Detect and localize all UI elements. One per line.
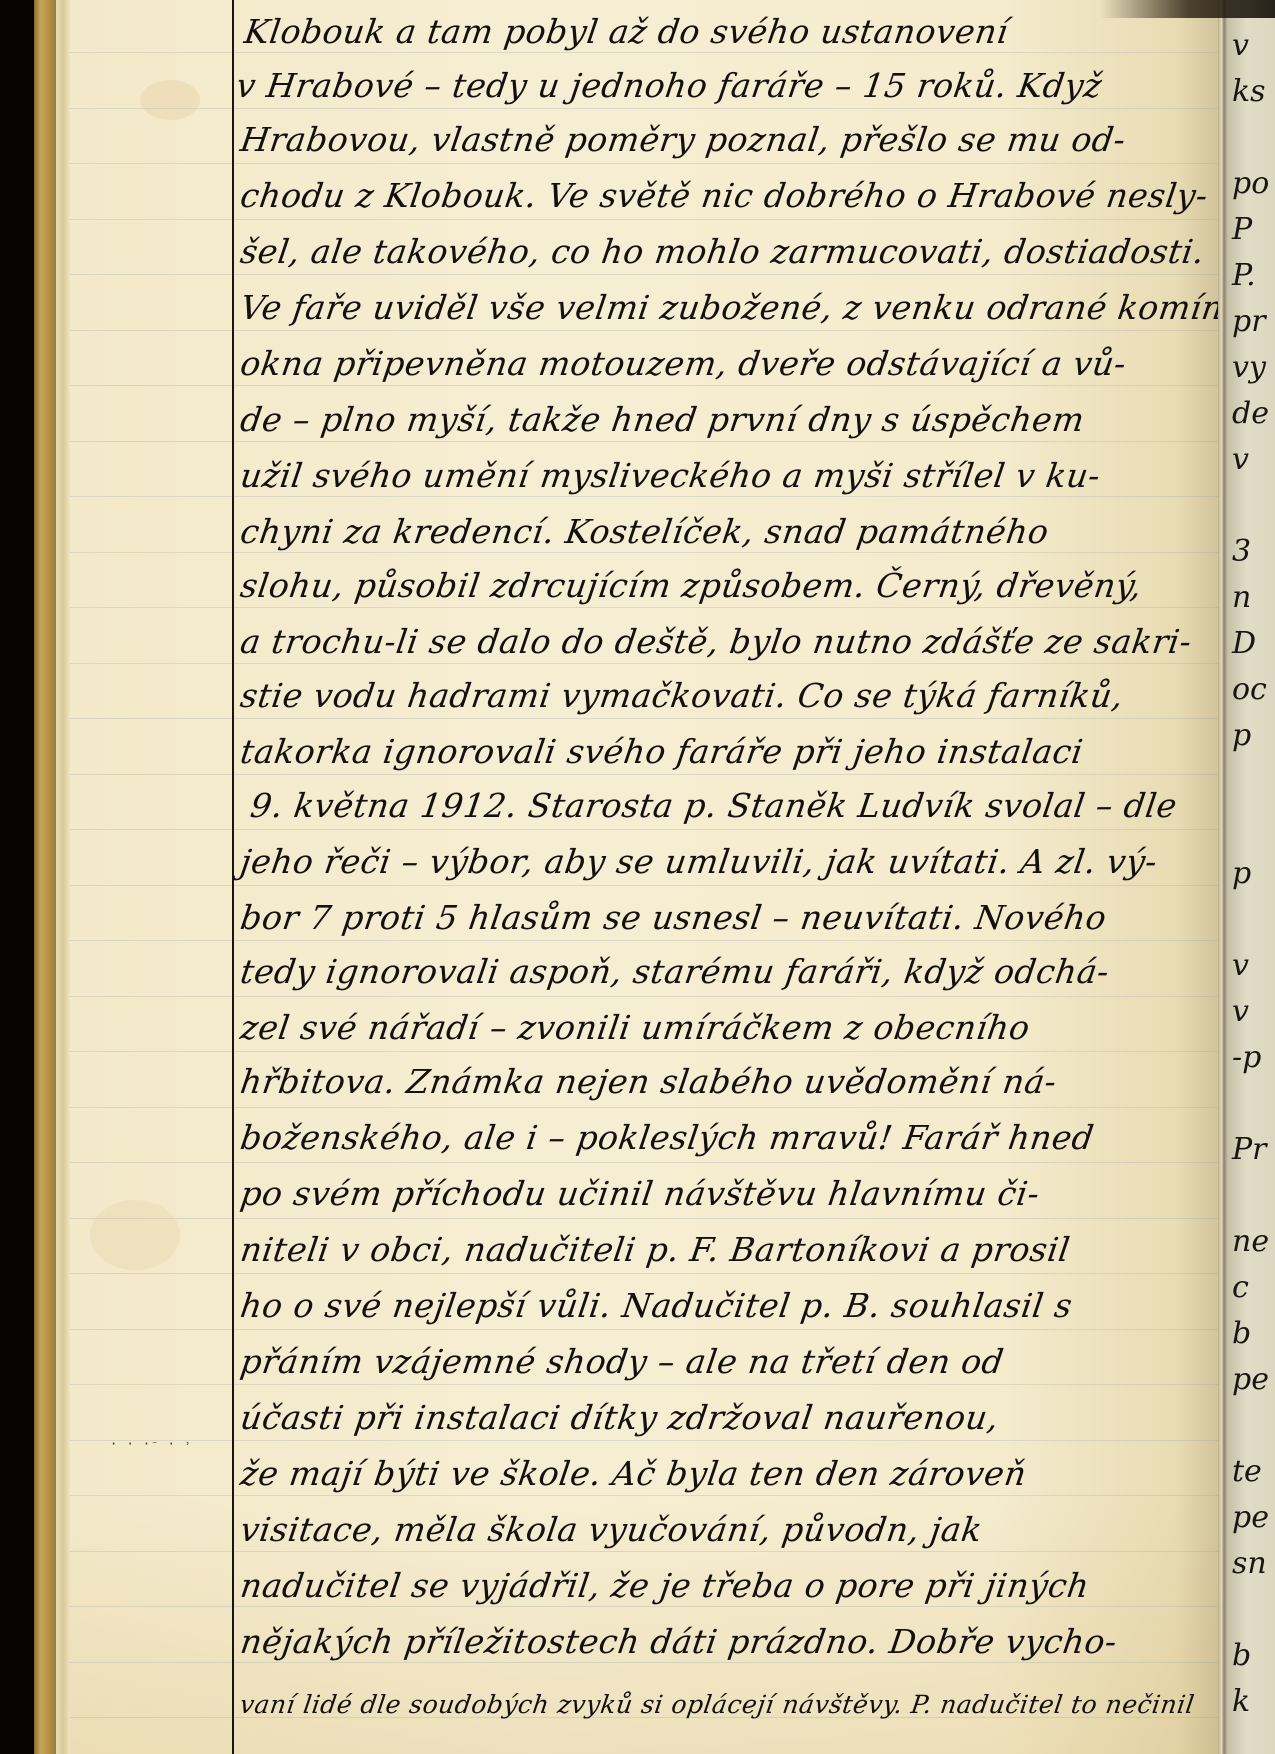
right-page-fragment-line: p — [1232, 856, 1251, 891]
ruled-line — [70, 330, 1222, 331]
ruled-line — [70, 774, 1222, 775]
ruled-line — [70, 1051, 1222, 1052]
right-page-fragment-line: v — [1232, 948, 1249, 983]
text-line: hřbitova. Známka nejen slabého uvědomění… — [238, 1062, 1059, 1101]
page-fold — [1218, 0, 1228, 1754]
ruled-line — [70, 441, 1222, 442]
text-line: tedy ignorovali aspoň, starému faráři, k… — [238, 952, 1112, 991]
paper-stain — [90, 1200, 180, 1270]
margin-rule — [232, 0, 234, 1754]
right-page-fragment-line: p — [1232, 718, 1251, 753]
right-page-fragment-line: po — [1232, 166, 1269, 201]
ruled-line — [70, 885, 1222, 886]
text-line: visitace, měla škola vyučování, původn, … — [238, 1510, 985, 1549]
right-page-fragment-line: ks — [1232, 74, 1266, 109]
text-line: stie vodu hadrami vymačkovati. Co se týk… — [238, 676, 1126, 715]
right-page-fragment-line: v — [1232, 442, 1249, 477]
text-line: po svém příchodu učinil návštěvu hlavním… — [238, 1174, 1042, 1213]
right-page-fragment-line: pe — [1232, 1362, 1269, 1397]
text-line: účasti při instalaci dítky zdržoval nauř… — [238, 1398, 1001, 1437]
text-line: vaní lidé dle soudobých zvyků si oplácej… — [238, 1690, 1196, 1719]
text-line: boženského, ale i – pokleslých mravů! Fa… — [238, 1118, 1097, 1157]
right-page-fragment-line: vy — [1232, 350, 1266, 385]
margin-ink-marks: · · ·⁻ · ˒ — [110, 1437, 192, 1451]
right-page-fragment-line: P — [1232, 212, 1252, 247]
text-line: jeho řeči – výbor, aby se umluvili, jak … — [238, 842, 1160, 881]
book-spine-edge — [34, 0, 56, 1754]
ruled-line — [70, 663, 1222, 664]
ruled-line — [70, 496, 1222, 497]
right-page-fragment-line: c — [1232, 1270, 1249, 1305]
ruled-line — [70, 1107, 1222, 1108]
ruled-line — [70, 1662, 1222, 1663]
right-page-fragment-line: sn — [1232, 1546, 1267, 1581]
ruled-line — [70, 108, 1222, 109]
text-line: 9. května 1912. Starosta p. Staněk Ludví… — [248, 786, 1180, 825]
page-stack-edge — [56, 0, 70, 1754]
text-line: šel, ale takového, co ho mohlo zarmucova… — [238, 232, 1207, 271]
text-line: slohu, působil zdrcujícím způsobem. Čern… — [238, 566, 1144, 605]
right-page-fragment-line: v — [1232, 994, 1249, 1029]
right-page-fragment-line: b — [1232, 1638, 1251, 1673]
right-page-fragment-line: te — [1232, 1454, 1262, 1489]
ruled-line — [70, 996, 1222, 997]
right-page-fragment-line: -p — [1232, 1040, 1261, 1075]
text-line: a trochu-li se dalo do deště, bylo nutno… — [238, 622, 1194, 661]
text-line: chodu z Klobouk. Ve světě nic dobrého o … — [238, 176, 1210, 215]
right-page-fragment-line: Pr — [1232, 1132, 1267, 1167]
text-line: že mají býti ve škole. Ač byla ten den z… — [238, 1454, 1029, 1493]
ruled-line — [70, 718, 1222, 719]
right-page-fragment-line: pr — [1232, 304, 1266, 339]
text-line: Ve faře uviděl vše velmi zubožené, z ven… — [238, 288, 1252, 327]
right-page-fragment-line: v — [1232, 28, 1249, 63]
paper-stain — [140, 80, 200, 120]
right-page-fragment-line: de — [1232, 396, 1269, 431]
right-page-fragment-line: P. — [1232, 258, 1256, 293]
ruled-line — [70, 829, 1222, 830]
right-page-fragment-line: 3 — [1232, 534, 1251, 569]
ruled-line — [70, 163, 1222, 164]
ruled-line — [70, 52, 1222, 53]
text-line: přáním vzájemné shody – ale na třetí den… — [238, 1342, 1006, 1381]
scan-background — [0, 0, 34, 1754]
ruled-line — [70, 1551, 1222, 1552]
ruled-line — [70, 552, 1222, 553]
text-line: de – plno myší, takže hned první dny s ú… — [238, 400, 1087, 439]
right-page-fragment-line: n — [1232, 580, 1251, 615]
text-line: zel své nářadí – zvonili umíráčkem z obe… — [238, 1008, 1033, 1047]
ruled-line — [70, 1162, 1222, 1163]
text-line: v Hrabové – tedy u jednoho faráře – 15 r… — [234, 66, 1105, 105]
text-line: Hrabovou, vlastně poměry poznal, přešlo … — [238, 120, 1128, 159]
right-page-fragment-line: pe — [1232, 1500, 1269, 1535]
right-page-fragment-line: ne — [1232, 1224, 1269, 1259]
ruled-line — [70, 385, 1222, 386]
right-page-fragment-line: D — [1232, 626, 1256, 661]
text-line: chyni za kredencí. Kostelíček, snad pamá… — [238, 512, 1051, 551]
right-page-fragment-line: oc — [1232, 672, 1267, 707]
text-line: Klobouk a tam pobyl až do svého ustanove… — [242, 12, 1011, 51]
ruled-line — [70, 1273, 1222, 1274]
right-page-fragment-line: k — [1232, 1684, 1250, 1719]
top-edge-shadow — [1100, 0, 1275, 18]
text-line: ho o své nejlepší vůli. Nadučitel p. B. … — [238, 1286, 1075, 1325]
ruled-line — [70, 1495, 1222, 1496]
ruled-line — [70, 1384, 1222, 1385]
text-line: nadučitel se vyjádřil, že je třeba o por… — [238, 1566, 1092, 1605]
text-line: bor 7 proti 5 hlasům se usnesl – neuvíta… — [238, 898, 1109, 937]
text-line: nějakých příležitostech dáti prázdno. Do… — [238, 1622, 1120, 1661]
ruled-line — [70, 219, 1222, 220]
ruled-line — [70, 1329, 1222, 1330]
right-page-fragment-line: b — [1232, 1316, 1251, 1351]
ruled-line — [70, 607, 1222, 608]
text-line: niteli v obci, nadučiteli p. F. Bartoník… — [238, 1230, 1073, 1269]
ruled-line — [70, 940, 1222, 941]
ruled-line — [70, 274, 1222, 275]
ruled-line — [70, 1218, 1222, 1219]
text-line: okna připevněna motouzem, dveře odstávaj… — [238, 344, 1129, 383]
text-line: takorka ignorovali svého faráře při jeho… — [238, 732, 1086, 771]
ruled-line — [70, 1440, 1222, 1441]
right-page-fragment: vkspoPP.prvydev3nDocppvv-pPrnecbpetepesn… — [1228, 0, 1275, 1754]
ruled-line — [70, 1606, 1222, 1607]
text-line: užil svého umění mysliveckého a myši stř… — [238, 456, 1103, 495]
